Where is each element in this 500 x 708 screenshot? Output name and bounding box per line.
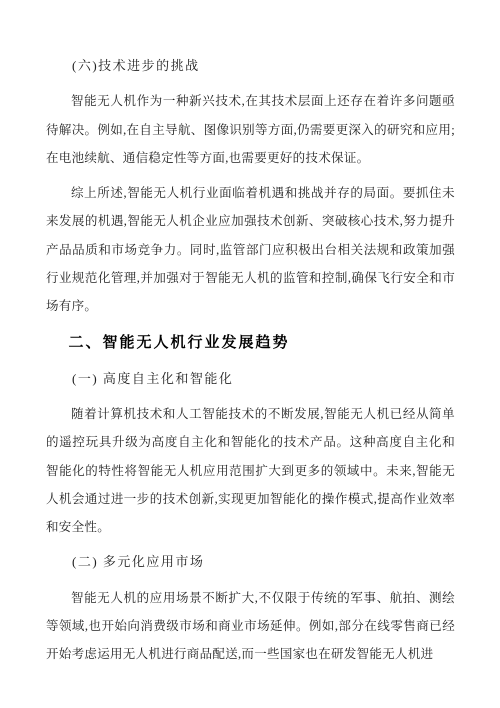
document-content: (六)技术进步的挑战 智能无人机作为一种新兴技术,在其技术层面上还存在着许多问题…: [0, 0, 500, 669]
paragraph-tech-issues: 智能无人机作为一种新兴技术,在其技术层面上还存在着许多问题亟待解决。例如,在自主…: [46, 87, 455, 172]
subheading-diversified-application-market: (二) 多元化应用市场: [46, 548, 455, 576]
document-page: (六)技术进步的挑战 智能无人机作为一种新兴技术,在其技术层面上还存在着许多问题…: [0, 0, 500, 708]
heading-industry-development-trends: 二、智能无人机行业发展趋势: [46, 328, 455, 358]
paragraph-autonomy-intelligence: 随着计算机技术和人工智能技术的不断发展,智能无人机已经从简单的遥控玩具升级为高度…: [46, 400, 455, 541]
subheading-autonomy-intelligence: (一) 高度自主化和智能化: [46, 365, 455, 393]
paragraph-summary-opportunities-challenges: 综上所述,智能无人机行业面临着机遇和挑战并存的局面。要抓住未来发展的机遇,智能无…: [46, 179, 455, 320]
paragraph-application-market: 智能无人机的应用场景不断扩大,不仅限于传统的军事、航拍、测绘等领域,也开始向消费…: [46, 584, 455, 669]
subheading-tech-progress-challenge: (六)技术进步的挑战: [46, 52, 455, 80]
